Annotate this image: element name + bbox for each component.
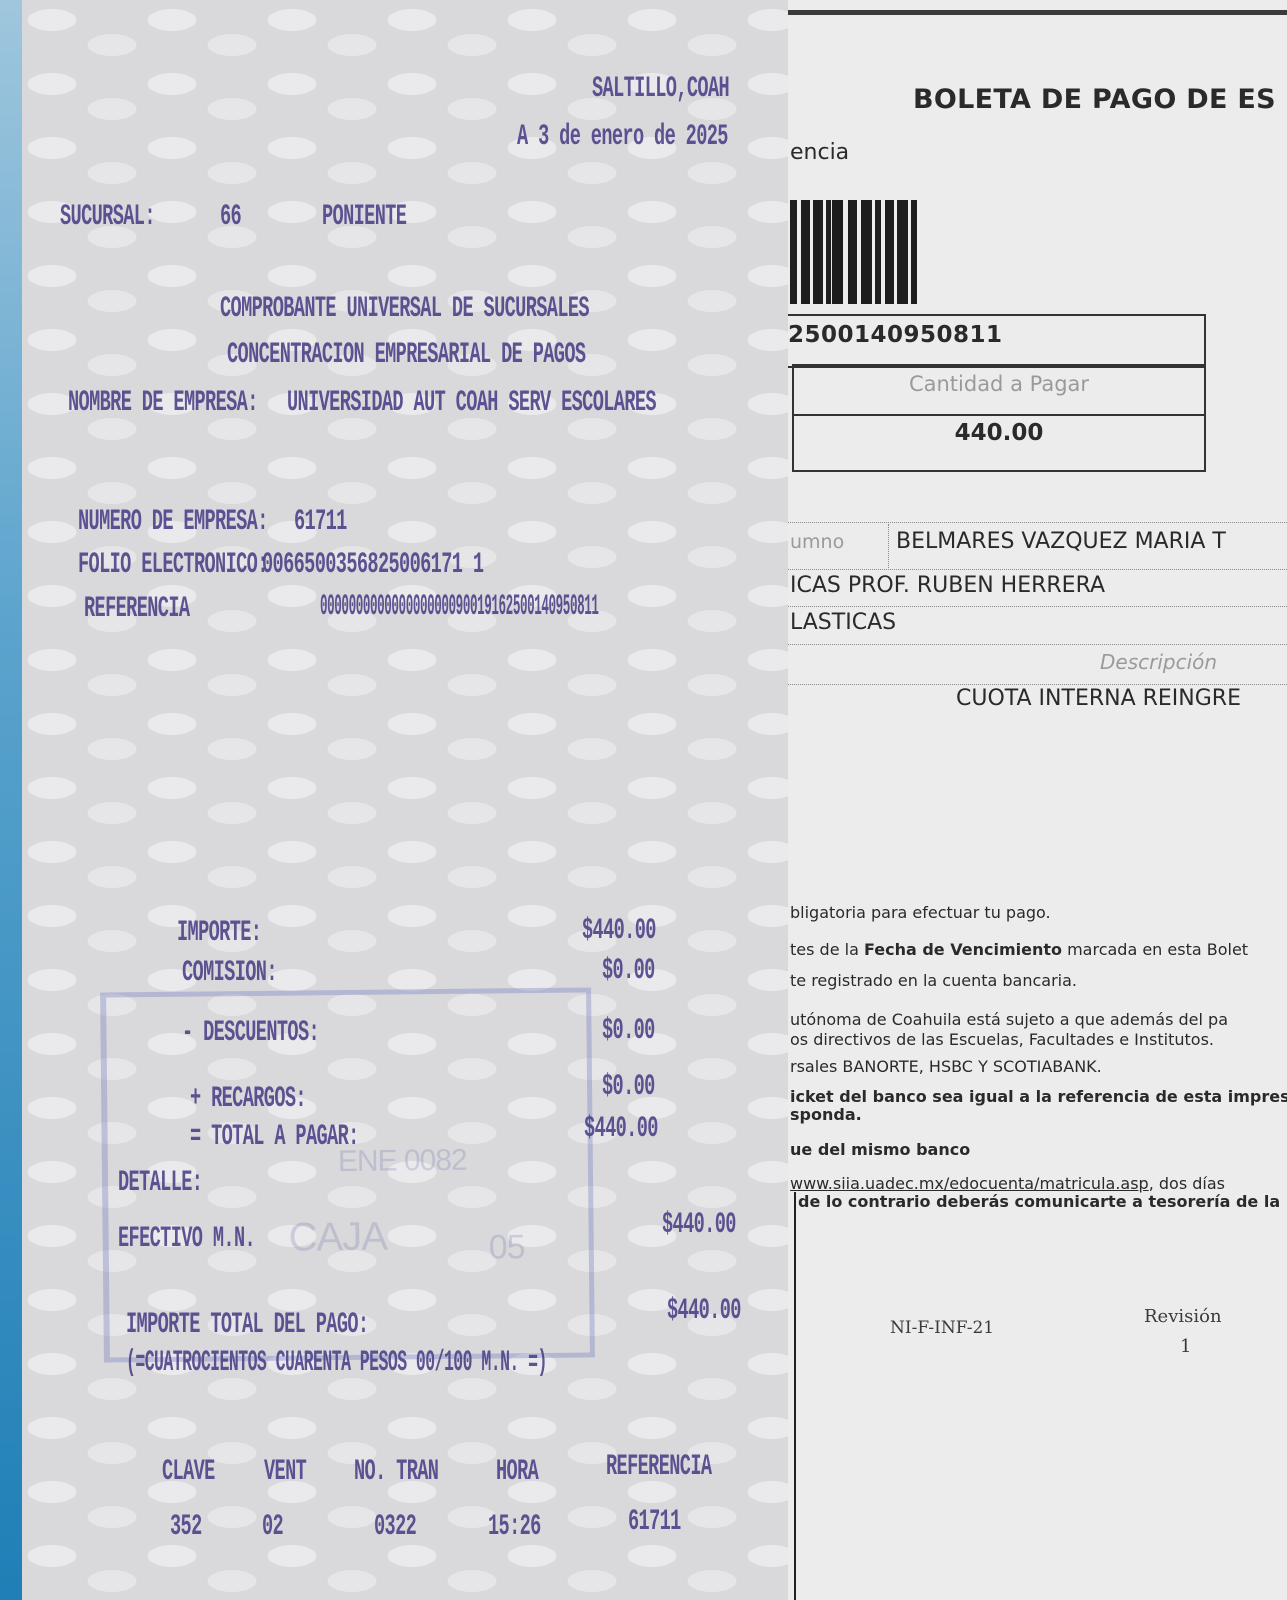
company-name: UNIVERSIDAD AUT COAH SERV ESCOLARES [287,386,656,420]
col-header-hora: HORA [496,1455,538,1489]
note-7: icket del banco sea igual a la referenci… [790,1087,1287,1106]
cell-referencia: 61711 [628,1505,681,1539]
slip-title: BOLETA DE PAGO DE ES [913,84,1276,115]
receipt-date: A 3 de enero de 2025 [517,120,728,154]
note-link-line: www.siia.uadec.mx/edocuenta/matricula.as… [790,1174,1225,1193]
amount-in-words: (=CUATROCIENTOS CUARENTA PESOS 00/100 M.… [126,1346,547,1380]
branch-name: PONIENTE [322,200,406,234]
amount-value-comision: $0.00 [602,954,655,988]
col-header-referencia: REFERENCIA [606,1450,711,1484]
payment-slip: BOLETA DE PAGO DE ES encia 2500140950811… [788,0,1287,1600]
amount-value-total: $440.00 [584,1112,658,1146]
receipt-heading-1: COMPROBANTE UNIVERSAL DE SUCURSALES [220,292,589,326]
school-line-1: ICAS PROF. RUBEN HERRERA [790,573,1105,598]
note-8: sponda. [790,1105,862,1124]
student-label-partial: umno [790,531,844,553]
cash-label: EFECTIVO M.N. [118,1222,255,1256]
folio-label: FOLIO ELECTRONICO: [78,548,268,582]
amount-label-importe: IMPORTE: [177,916,261,950]
cell-clave: 352 [170,1510,202,1544]
cash-value: $440.00 [662,1208,736,1242]
reference-value: 000000000000000000090019162500140950811 [320,590,599,624]
left-rule [794,1192,796,1600]
total-paid-value: $440.00 [667,1294,741,1328]
reference-label: REFERENCIA [84,592,189,626]
amount-label-total: = TOTAL A PAGAR: [190,1120,359,1154]
note-9: ue del mismo banco [790,1140,970,1159]
amount-label-descuentos: - DESCUENTOS: [182,1016,319,1050]
col-header-no-tran: NO. TRAN [354,1455,438,1489]
amount-value-descuentos: $0.00 [602,1014,655,1048]
description-label: Descripción [1100,650,1217,674]
school-row-2: LASTICAS [788,606,1287,645]
cell-vent: 02 [262,1510,283,1544]
description-value: CUOTA INTERNA REINGRE [956,686,1241,711]
barcode-icon [790,200,936,304]
amount-value: 440.00 [794,420,1204,446]
cell-no-tran: 0322 [374,1510,416,1544]
note-3: te registrado en la cuenta bancaria. [790,971,1077,990]
student-name: BELMARES VAZQUEZ MARIA T [896,529,1226,554]
amount-label: Cantidad a Pagar [794,372,1204,396]
note-6: rsales BANORTE, HSBC Y SCOTIABANK. [790,1057,1102,1076]
revision-label: Revisión [1144,1306,1222,1327]
amount-label-recargos: + RECARGOS: [190,1082,306,1116]
company-name-label: NOMBRE DE EMPRESA: [68,386,258,420]
note-4: utónoma de Coahuila está sujeto a que ad… [790,1010,1228,1029]
note-1: bligatoria para efectuar tu pago. [790,903,1051,922]
top-rule [788,10,1287,15]
barcode-number: 2500140950811 [788,322,1003,348]
receipt-city: SALTILLO,COAH [592,72,729,106]
bank-receipt: SALTILLO,COAH A 3 de enero de 2025 SUCUR… [22,0,800,1600]
reference-label-partial: encia [790,140,849,165]
company-number-label: NUMERO DE EMPRESA: [78,505,268,539]
amount-label-comision: COMISION: [182,956,277,990]
company-number: 61711 [294,505,347,539]
note-contact: de lo contrario deberás comunicarte a te… [798,1192,1287,1211]
note-5: os directivos de las Escuelas, Facultade… [790,1030,1214,1049]
total-paid-label: IMPORTE TOTAL DEL PAGO: [126,1308,368,1342]
amount-box: Cantidad a Pagar 440.00 [792,364,1206,472]
form-code: NI-F-INF-21 [890,1318,994,1338]
student-row: umno BELMARES VAZQUEZ MARIA T [788,522,1287,570]
student-divider [888,524,889,568]
receipt-heading-2: CONCENTRACION EMPRESARIAL DE PAGOS [227,338,585,372]
branch-number: 66 [220,200,241,234]
stamp-caja: CAJA [288,1215,387,1261]
stamp-number: 05 [489,1228,525,1267]
amount-divider [794,414,1204,416]
amount-value-recargos: $0.00 [602,1070,655,1104]
amount-value-importe: $440.00 [582,914,656,948]
col-header-vent: VENT [264,1455,306,1489]
account-status-link[interactable]: www.siia.uadec.mx/edocuenta/matricula.as… [790,1174,1149,1193]
detail-label: DETALLE: [118,1166,202,1200]
folio-value: 0066500356825006171 1 [262,548,483,582]
description-header-row: Descripción [788,644,1287,685]
branch-label: SUCURSAL: [60,200,155,234]
school-line-2: LASTICAS [790,610,896,635]
revision-number: 1 [1180,1336,1191,1357]
cell-hora: 15:26 [488,1510,541,1544]
col-header-clave: CLAVE [162,1455,215,1489]
barcode-number-box: 2500140950811 [788,314,1206,368]
note-2: tes de la Fecha de Vencimiento marcada e… [790,940,1248,959]
school-row-1: ICAS PROF. RUBEN HERRERA [788,568,1287,607]
